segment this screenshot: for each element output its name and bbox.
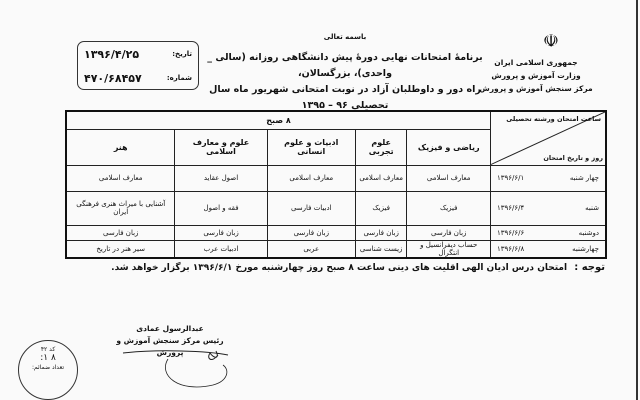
table-cell: حساب دیفرانسیل و انتگرال (407, 240, 491, 258)
day: چهار شنبه (570, 174, 599, 182)
signature-scribble-icon (118, 345, 238, 395)
table-cell: فقه و اصول (175, 191, 267, 225)
table-cell: زبان فارسی (175, 225, 267, 240)
corner-bottom-label: روز و تاریخ امتحان (543, 154, 603, 162)
note: توجه : امتحان درس ادیان الهی اقلیت های د… (180, 262, 605, 273)
corner-top-label: ساعت امتحان ورشته تحصیلی (506, 115, 601, 123)
stamp-line: تعداد ضمائم: (19, 363, 77, 372)
date: ۱۳۹۶/۶/۶ (497, 229, 524, 237)
table-cell: ادبیات عرب (175, 240, 267, 258)
date: ۱۳۹۶/۶/۴ (497, 204, 524, 212)
table-cell: زبان فارسی (355, 225, 407, 240)
table-cell: معارف اسلامی (407, 165, 491, 191)
day-date-cell: چهارشنبه۱۳۹۶/۶/۸ (491, 240, 607, 258)
time-header: ۸ صبح (66, 111, 491, 129)
table-cell: آشنایی با میراث هنری فرهنگی ایران (66, 191, 175, 225)
date: ۱۳۹۶/۶/۸ (497, 245, 524, 253)
column-header: علوم تجربی (355, 129, 407, 165)
table-cell: اصول عقاید (175, 165, 267, 191)
table-cell: معارف اسلامی (66, 165, 175, 191)
date-label: تاریخ: (162, 50, 192, 58)
table-cell: عربی (267, 240, 355, 258)
column-header: ادبیات و علوم انسانی (267, 129, 355, 165)
bismillah: باسمه تعالی (300, 33, 390, 41)
table-corner-header: ساعت امتحان ورشته تحصیلی روز و تاریخ امت… (491, 111, 607, 165)
table-row: چهار شنبه۱۳۹۶/۶/۱ معارف اسلامی معارف اسل… (66, 165, 606, 191)
date-number-box: تاریخ: ۱۳۹۶/۴/۲۵ شماره: ۴۷۰/۶۸۴۵۷ (77, 41, 199, 90)
table-cell: فیزیک (407, 191, 491, 225)
table-row: چهارشنبه۱۳۹۶/۶/۸ حساب دیفرانسیل و انتگرا… (66, 240, 606, 258)
table-row: شنبه۱۳۹۶/۶/۴ فیزیک فیزیک ادبیات فارسی فق… (66, 191, 606, 225)
emblem-icon: ☫ (540, 30, 562, 54)
page-edge (636, 0, 638, 400)
column-header: هنر (66, 129, 175, 165)
number-label: شماره: (162, 74, 192, 82)
exam-schedule-table: ساعت امتحان ورشته تحصیلی روز و تاریخ امت… (65, 110, 607, 259)
title-line: برنامهٔ امتحانات نهایی دورهٔ پیش دانشگاه… (190, 50, 500, 82)
table-cell: معارف اسلامی (355, 165, 407, 191)
document-title: برنامهٔ امتحانات نهایی دورهٔ پیش دانشگاه… (190, 50, 500, 114)
table-row: دوشنبه۱۳۹۶/۶/۶ زبان فارسی زبان فارسی زبا… (66, 225, 606, 240)
signer-name: عبدالرسول عمادی (110, 323, 230, 335)
table-cell: زبان فارسی (407, 225, 491, 240)
date: ۱۳۹۶/۶/۱ (497, 174, 524, 182)
number-value: ۴۷۰/۶۸۴۵۷ (84, 72, 162, 85)
note-text: امتحان درس ادیان الهی اقلیت های دینی ساع… (111, 263, 567, 273)
day: دوشنبه (579, 229, 599, 237)
table-cell: معارف اسلامی (267, 165, 355, 191)
table-cell: فیزیک (355, 191, 407, 225)
column-header: ریاضی و فیزیک (407, 129, 491, 165)
table-cell: زبان فارسی (66, 225, 175, 240)
column-header: علوم و معارف اسلامی (175, 129, 267, 165)
table-cell: ادبیات فارسی (267, 191, 355, 225)
day-date-cell: دوشنبه۱۳۹۶/۶/۶ (491, 225, 607, 240)
stamp: کد ۴۲ ۸ ۱: تعداد ضمائم: (18, 340, 78, 400)
day-date-cell: شنبه۱۳۹۶/۶/۴ (491, 191, 607, 225)
date-value: ۱۳۹۶/۴/۲۵ (84, 48, 162, 61)
table-cell: زبان فارسی (267, 225, 355, 240)
table-cell: سیر هنر در تاریخ (66, 240, 175, 258)
day: شنبه (585, 204, 599, 212)
day-date-cell: چهار شنبه۱۳۹۶/۶/۱ (491, 165, 607, 191)
table-cell: زیست شناسی (355, 240, 407, 258)
note-label: توجه : (574, 262, 605, 273)
stamp-line: ۸ ۱: (19, 354, 77, 363)
day: چهارشنبه (572, 245, 599, 253)
